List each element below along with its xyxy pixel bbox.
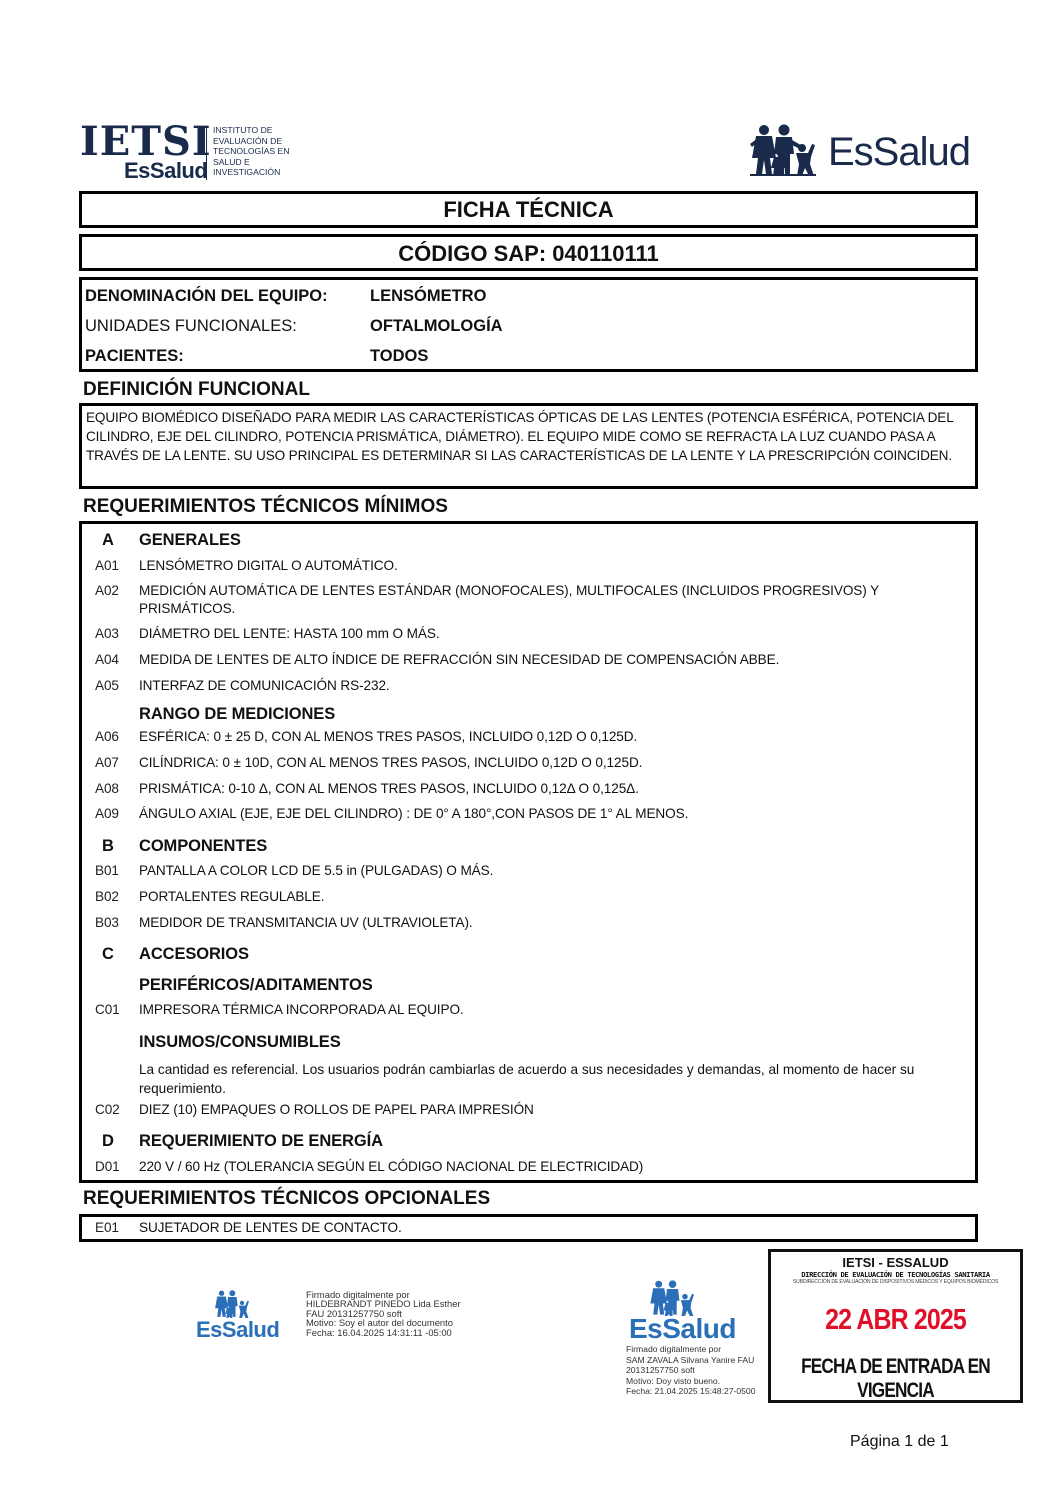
essalud-family-icon [214, 1290, 256, 1318]
signature-1-details: Firmado digitalmente por HILDEBRANDT PIN… [306, 1290, 461, 1337]
functional-definition-text: EQUIPO BIOMÉDICO DISEÑADO PARA MEDIR LAS… [79, 403, 978, 489]
essalud-wordmark: EsSalud [629, 1314, 736, 1344]
logo-divider [206, 126, 207, 180]
stamp-caption: FECHA DE ENTRADA EN VIGENCIA [793, 1355, 997, 1403]
info-value: OFTALMOLOGÍA [370, 316, 503, 336]
essalud-wordmark: EsSalud [196, 1318, 279, 1342]
info-value: TODOS [370, 346, 428, 366]
validity-stamp: IETSI - ESSALUD DIRECCIÓN DE EVALUACIÓN … [768, 1249, 1023, 1403]
info-label: PACIENTES: [85, 346, 184, 366]
essalud-wordmark: EsSalud [828, 132, 970, 172]
group-letter: A [102, 531, 114, 549]
stamp-title: IETSI - ESSALUD [771, 1256, 1020, 1270]
stamp-effective-date: 22 ABR 2025 [788, 1304, 1002, 1336]
essalud-family-icon [750, 124, 828, 176]
functional-definition-heading: DEFINICIÓN FUNCIONAL [83, 379, 310, 401]
ietsi-logo: IETSI EsSalud INSTITUTO DE EVALUACIÓN DE… [80, 124, 300, 182]
signature-2-essalud-logo: EsSalud [627, 1280, 727, 1344]
info-label: UNIDADES FUNCIONALES: [85, 316, 297, 336]
info-label: DENOMINACIÓN DEL EQUIPO: [85, 286, 328, 306]
ietsi-wordmark: IETSI [80, 122, 212, 162]
essalud-family-icon [649, 1280, 703, 1316]
document-title: FICHA TÉCNICA [79, 191, 978, 228]
minimum-requirements-box: A GENERALES A01 LENSÓMETRO DIGITAL O AUT… [79, 521, 978, 1183]
stamp-subdirection: SUBDIRECCIÓN DE EVALUACIÓN DE DISPOSITIV… [771, 1279, 1020, 1285]
ietsi-description: INSTITUTO DE EVALUACIÓN DE TECNOLOGÍAS E… [213, 125, 289, 178]
info-value: LENSÓMETRO [370, 286, 486, 306]
optional-requirements-box: E01 SUJETADOR DE LENTES DE CONTACTO. [79, 1214, 978, 1242]
consumables-note: La cantidad es referencial. Los usuarios… [139, 1060, 969, 1098]
ietsi-essalud-subtitle: EsSalud [124, 160, 207, 182]
minimum-requirements-heading: REQUERIMIENTOS TÉCNICOS MÍNIMOS [83, 496, 448, 518]
optional-requirements-heading: REQUERIMIENTOS TÉCNICOS OPCIONALES [83, 1188, 490, 1210]
signature-2-details: Firmado digitalmente por SAM ZAVALA Silv… [626, 1344, 756, 1397]
group-title: GENERALES [139, 531, 241, 549]
signature-1-essalud-logo: EsSalud [196, 1290, 276, 1346]
sap-code: CÓDIGO SAP: 040110111 [79, 234, 978, 271]
page-number: Página 1 de 1 [850, 1432, 949, 1452]
equipment-info: DENOMINACIÓN DEL EQUIPO: LENSÓMETRO UNID… [79, 277, 978, 372]
stamp-direction: DIRECCIÓN DE EVALUACIÓN DE TECNOLOGÍAS S… [771, 1271, 1020, 1279]
essalud-logo: EsSalud [750, 124, 980, 178]
